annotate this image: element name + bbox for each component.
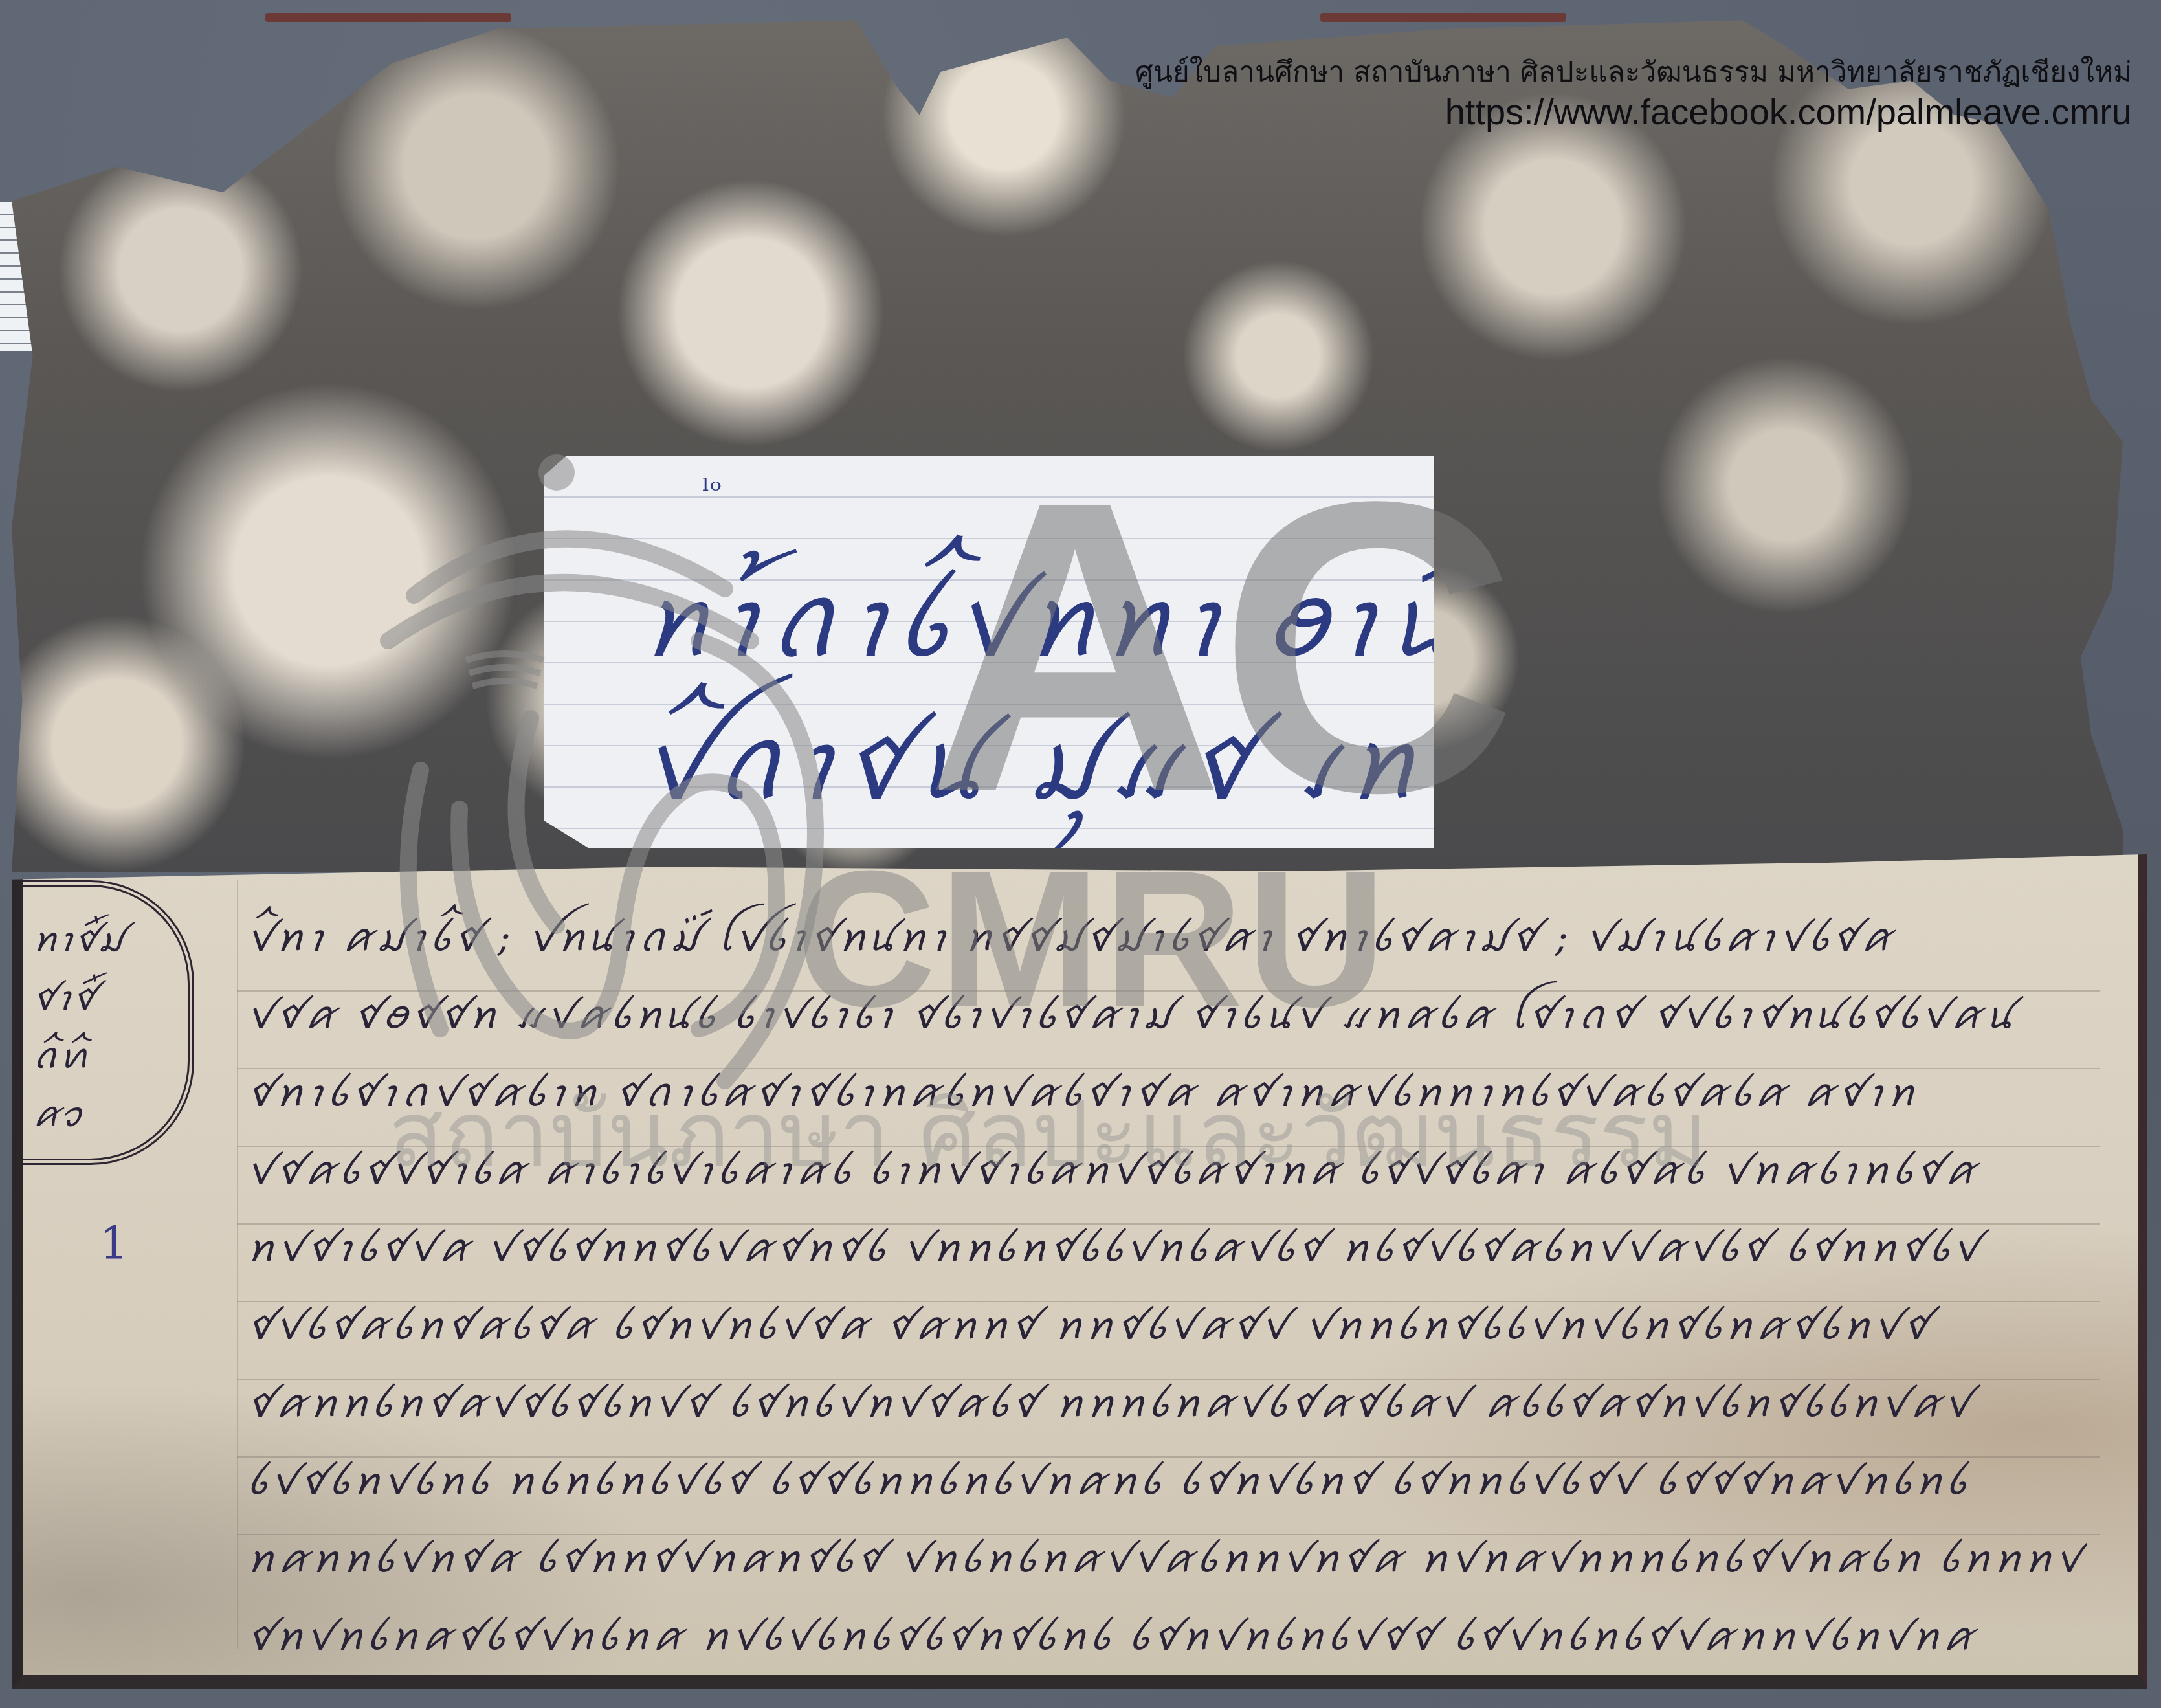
page-number: 1 bbox=[100, 1217, 129, 1270]
manuscript-line: ꪉꪚꪥꪉꪀꪚꪉꪀꪉ ꪀꪉꪀꪉꪀꪉꪚꪉꪥ ꪉꪥꪥꪉꪀꪀꪉꪀꪉꪚꪀꪁꪀꪉ ꪉꪥꪀꪚꪉ… bbox=[247, 1443, 2087, 1525]
watermark-subtitle: สถาบันภาษา ศิลปะและวัฒนธรรม bbox=[388, 1061, 1708, 1206]
facebook-url-link[interactable]: https://www.facebook.com/palmleave.cmru bbox=[1445, 91, 2132, 133]
seal-text: ꪁꪫ bbox=[32, 1081, 82, 1154]
manuscript-line: ꪥꪚꪉꪥꪁꪉꪀꪥꪁꪉꪥꪁ ꪉꪥꪀꪚꪀꪉꪚꪥꪁ ꪥꪁꪀꪀꪥ ꪀꪀꪥꪉꪚꪁꪥꪚ ꪚꪀ… bbox=[247, 1288, 2087, 1370]
manuscript-line: ꪥꪀꪚꪀꪉꪀꪁꪥꪉꪥꪚꪀꪉꪀꪁ ꪀꪚꪉꪚꪉꪀꪉꪥꪉꪥꪀꪥꪉꪀꪉ ꪉꪥꪀꪚꪀꪉꪀꪉ… bbox=[247, 1599, 2087, 1680]
cover-red-rim bbox=[1320, 13, 1566, 22]
cover-red-rim bbox=[265, 13, 511, 22]
watermark-org-text: CMRU bbox=[796, 841, 1389, 1036]
manuscript-line: ꪀꪚꪥꪱꪉꪥꪚꪁ ꪚꪥꪉꪥꪀꪀꪥꪉꪚꪁꪥꪀꪥꪉ ꪚꪀꪀꪉꪀꪥꪉꪉꪚꪀꪉꪁꪚꪉꪥ … bbox=[247, 1210, 2087, 1292]
institution-credit: ศูนย์ใบลานศึกษา สถาบันภาษา ศิลปะและวัฒนธ… bbox=[1135, 49, 2132, 94]
watermark-logo-text: AC bbox=[925, 440, 1511, 854]
manuscript-line: ꪥꪁꪀꪀꪉꪀꪥꪁꪚꪥꪉꪥꪉꪀꪚꪥ ꪉꪥꪀꪉꪚꪀꪚꪥꪁꪉꪥ ꪀꪀꪀꪉꪀꪁꪚꪉꪥꪁꪥ… bbox=[247, 1366, 2087, 1447]
manuscript-line: ꪀꪁꪀꪀꪉꪚꪀꪥꪁ ꪉꪥꪀꪀꪥꪚꪀꪁꪀꪥꪉꪥ ꪚꪀꪉꪀꪉꪀꪁꪚꪚꪁꪉꪀꪀꪚꪀꪥꪁ… bbox=[247, 1521, 2087, 1603]
